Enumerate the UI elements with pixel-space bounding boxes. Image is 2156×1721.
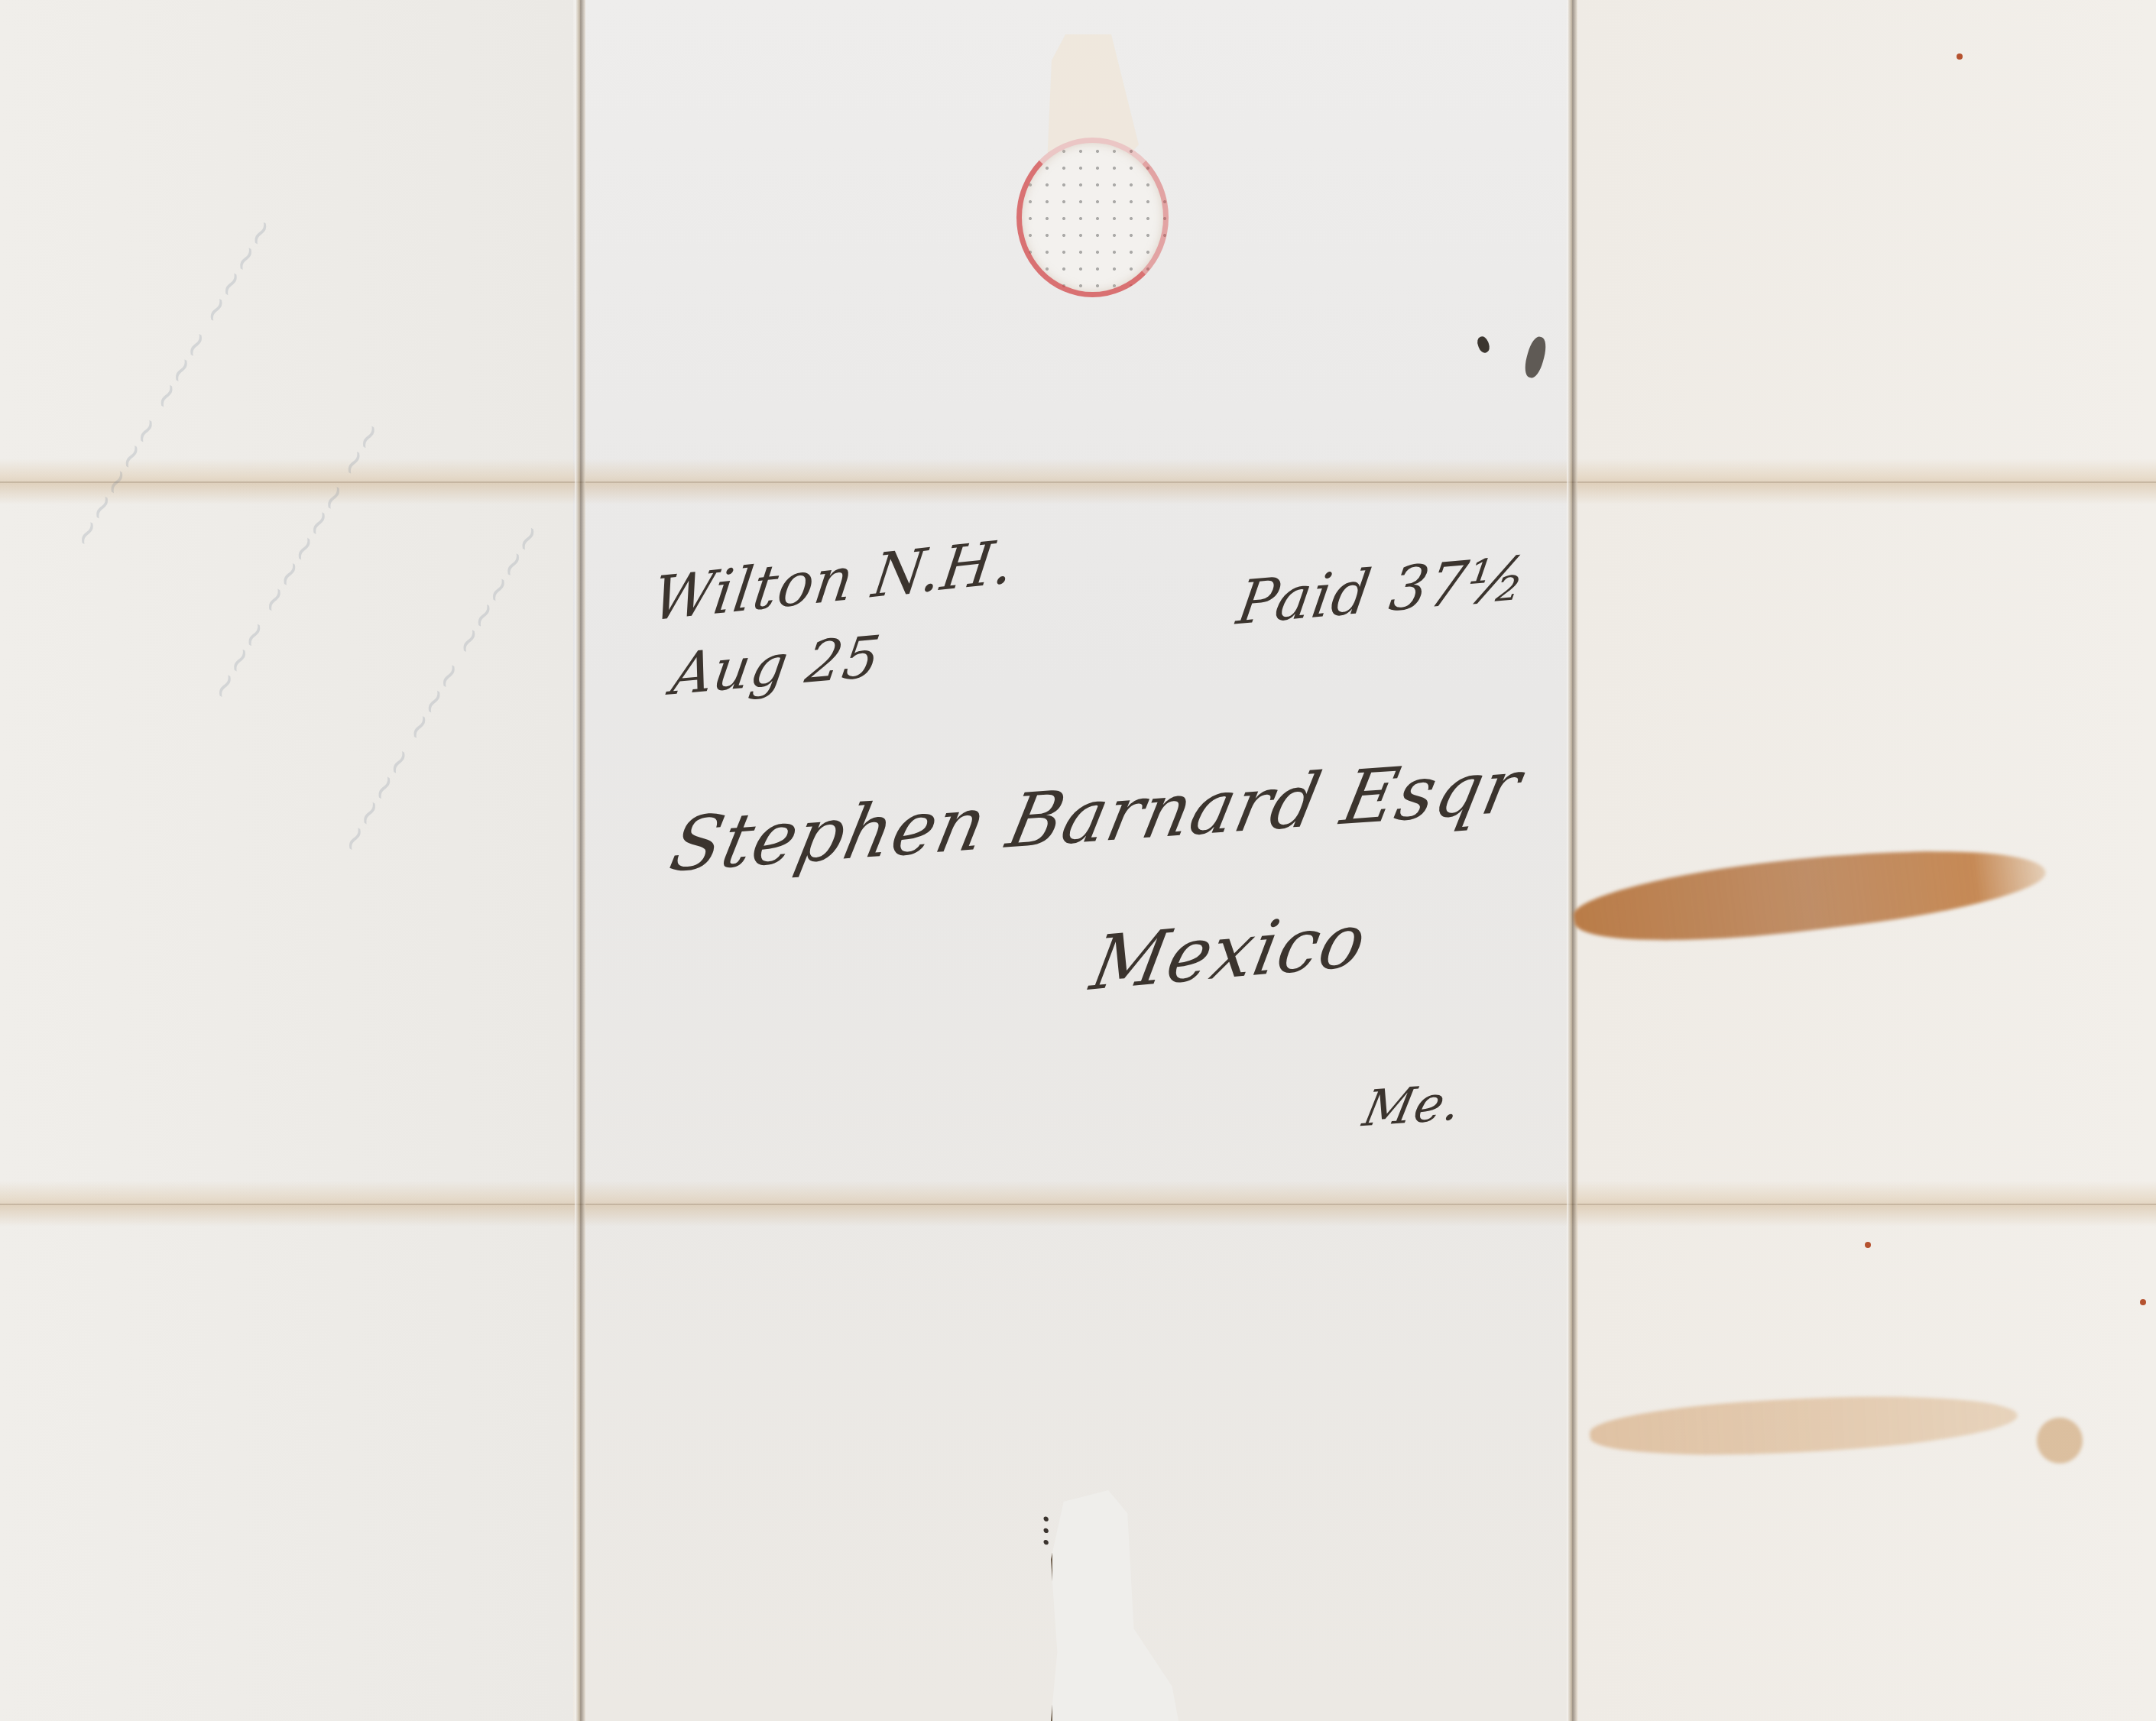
- left-panel: [0, 0, 573, 1721]
- fragment-writing: ...: [1035, 1513, 1078, 1548]
- foxing-spot: [2140, 1299, 2146, 1305]
- foxing-spot: [1957, 53, 1963, 60]
- fold-line-vertical-left: [575, 0, 585, 1721]
- stain-spot: [2037, 1418, 2083, 1463]
- fold-line-horizontal-bottom: [0, 1181, 2156, 1227]
- letter-sheet: ~~~~~ ~~~ ~~~~ ~~~ ~~~~~ ~~ ~~~~ ~~~ ~~~…: [0, 0, 2156, 1721]
- address-state: Me.: [1358, 1074, 1467, 1139]
- fold-line-vertical-right: [1567, 0, 1577, 1721]
- foxing-spot: [1865, 1242, 1871, 1248]
- wax-seal-icon: [1016, 138, 1169, 297]
